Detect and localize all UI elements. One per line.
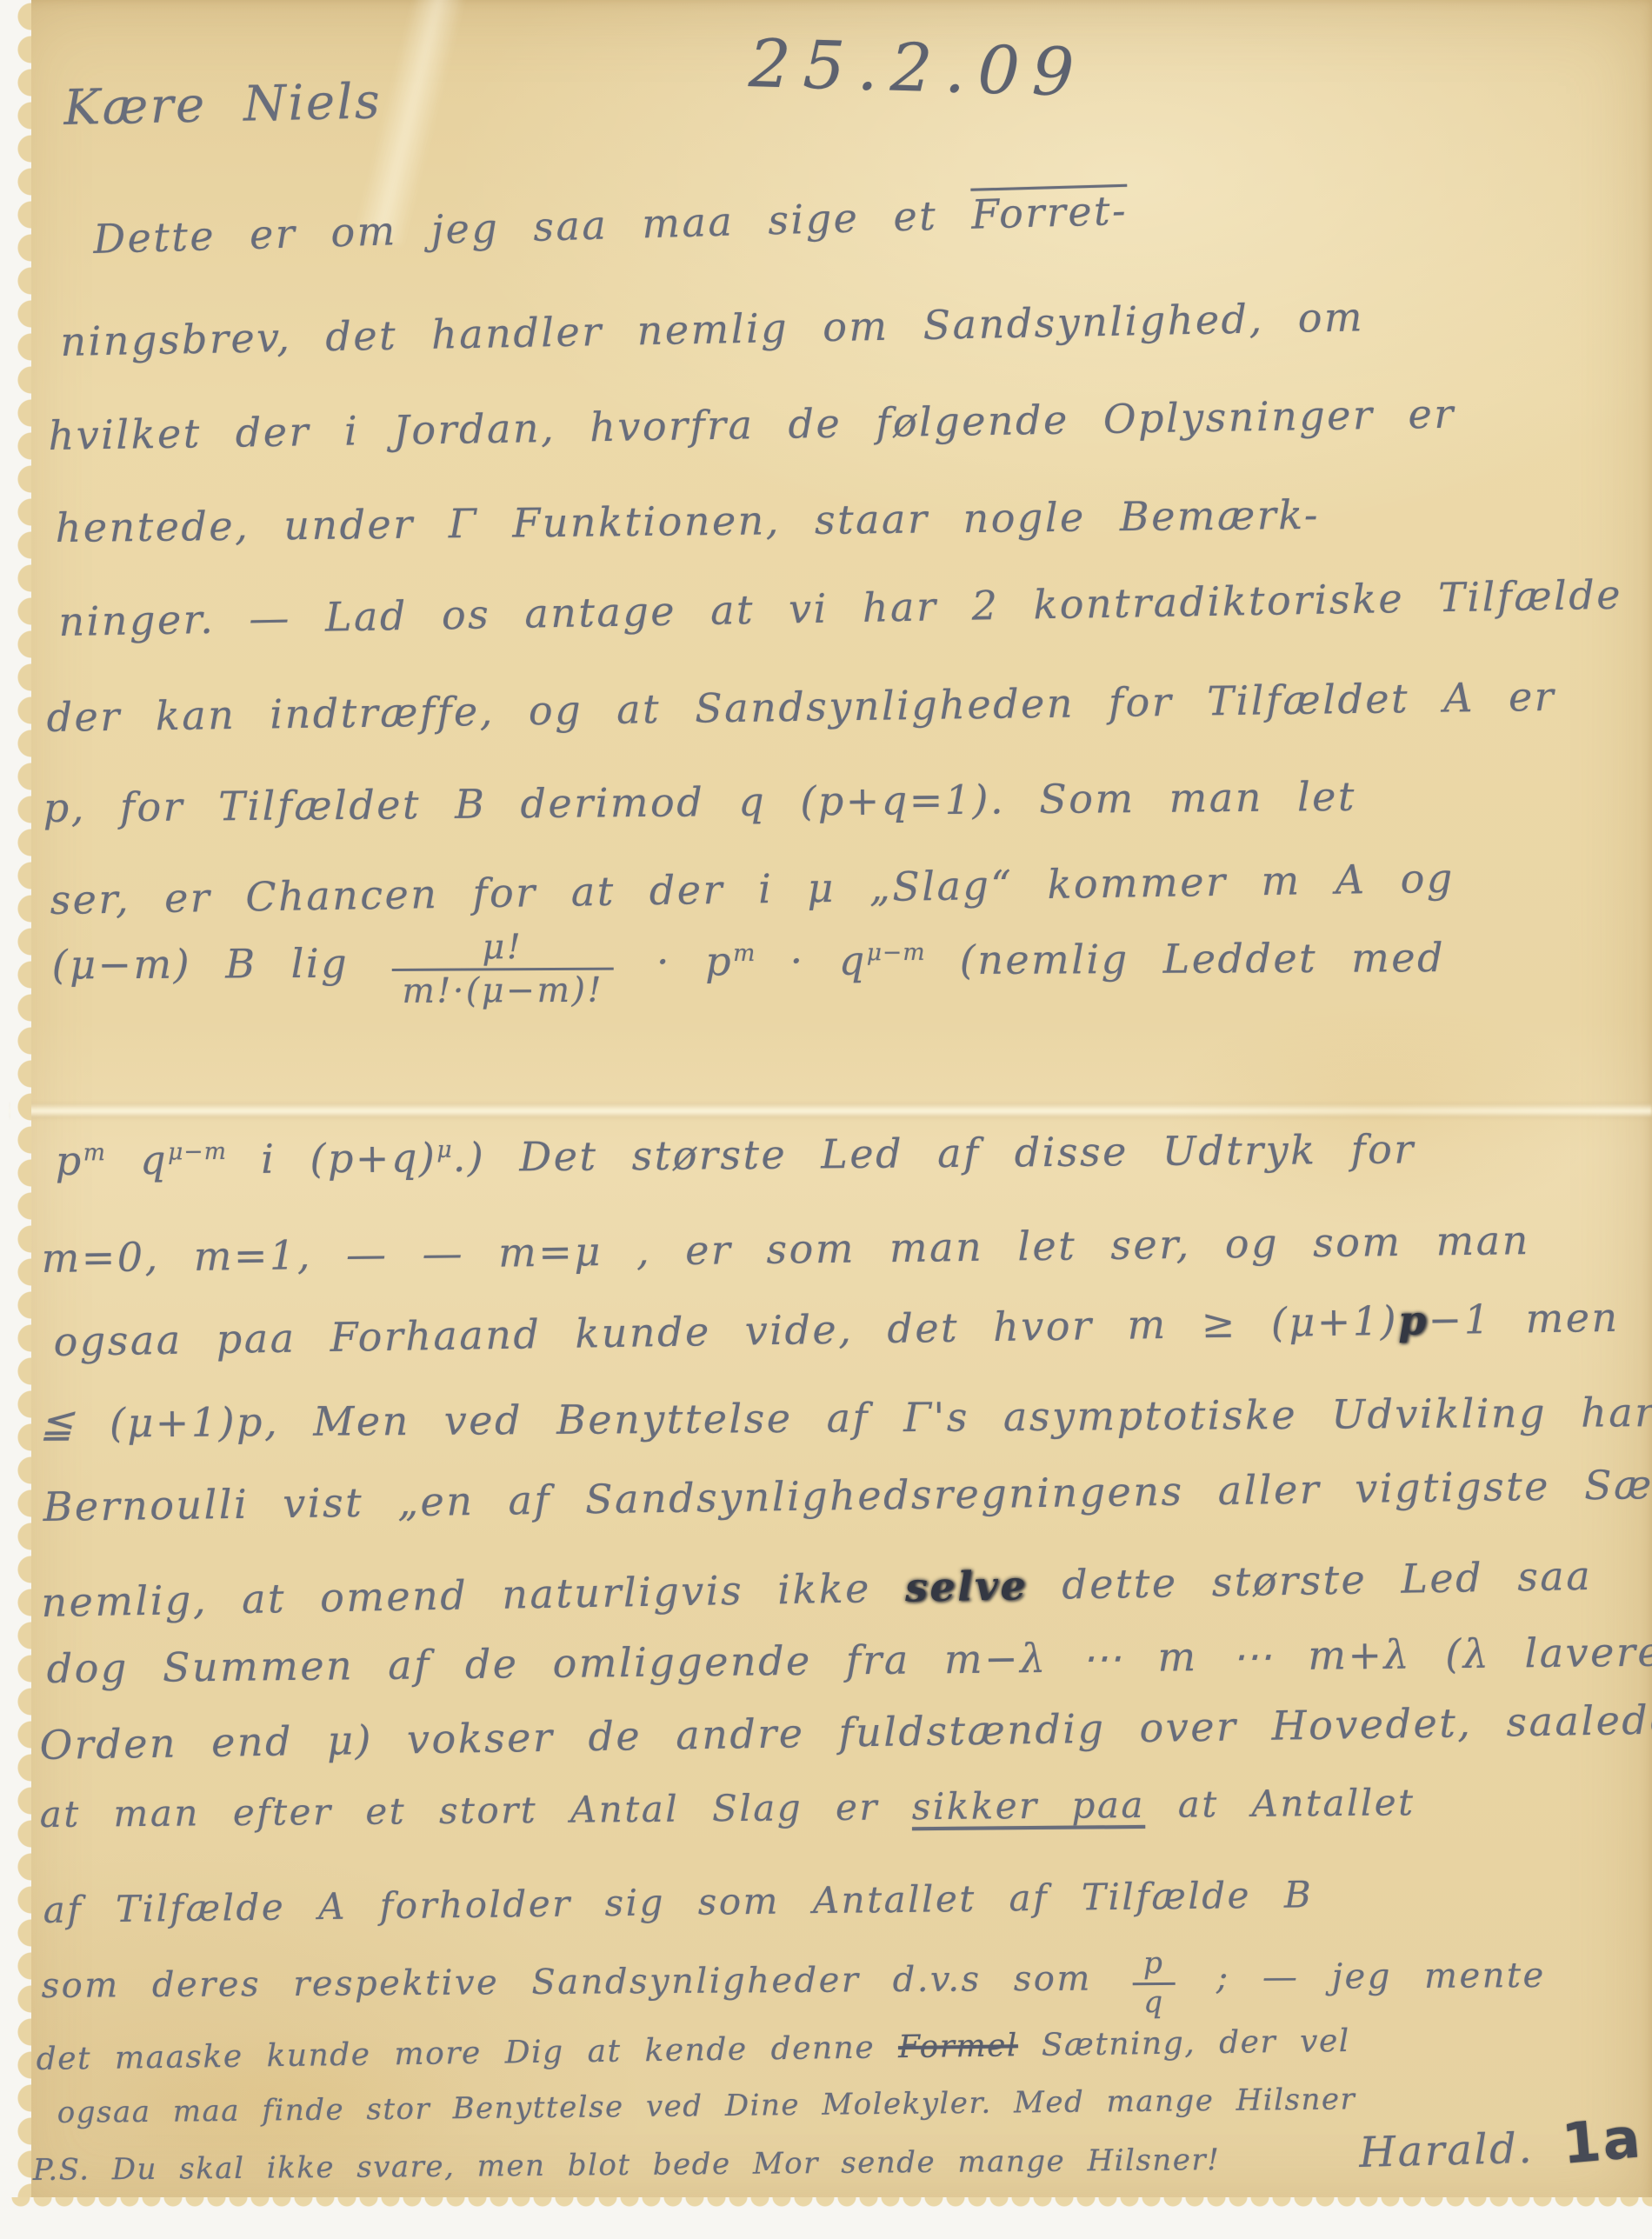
body-line-2: ningsbrev, det handler nemlig om Sandsyn… — [60, 293, 1365, 365]
body-line-3: hvilket der i Jordan, hvorfra de følgend… — [48, 390, 1455, 459]
body-line-14: Bernoulli vist „en af Sandsynlighedsregn… — [43, 1458, 1652, 1530]
body-line-12: ogsaa paa Forhaand kunde vide, det hvor … — [53, 1294, 1620, 1365]
body-line-19: af Tilfælde A forholder sig som Antallet… — [43, 1873, 1313, 1931]
body-line-5: ninger. — Lad os antage at vi har 2 kont… — [58, 571, 1622, 645]
body-line-1: Dette er om jeg saa maa sige et Forret- — [92, 187, 1128, 263]
letter-date: 25.2.09 — [748, 24, 1087, 111]
overlined-word: Forret- — [970, 187, 1128, 238]
perforated-edge-left — [10, 0, 31, 2216]
underlined-words: sikker paa — [912, 1783, 1146, 1828]
body-line-16: dog Summen af de omliggende fra m−λ ⋯ m … — [46, 1629, 1652, 1692]
letter-scan: 25.2.09 Kære Niels Dette er om jeg saa m… — [0, 0, 1652, 2239]
crossed-out-word: Formel — [898, 2028, 1018, 2065]
body-line-11: m=0, m=1, — — m=μ , er som man let ser, … — [41, 1216, 1530, 1282]
body-line-15: nemlig, at omend naturligvis ikke selve … — [41, 1552, 1593, 1626]
archive-mark: 1a — [1560, 2106, 1645, 2177]
letter-paper: 25.2.09 Kære Niels Dette er om jeg saa m… — [10, 0, 1652, 2216]
body-line-7: p, for Tilfældet B derimod q (p+q=1). So… — [43, 773, 1357, 831]
inked-over-word: p — [1398, 1296, 1429, 1344]
body-line-8: ser, er Chancen for at der i μ „Slag“ ko… — [50, 855, 1455, 923]
inked-over-word: selve — [905, 1562, 1029, 1610]
body-line-6: der kan indtræffe, og at Sandsynligheden… — [46, 673, 1555, 741]
body-line-9-formula: (μ−m) B lig μ!m!·(μ−m)! · pm · qμ−m (nem… — [52, 925, 1446, 1012]
body-line-20-formula: som deres respektive Sandsynligheder d.v… — [41, 1946, 1546, 2027]
paper-stain — [1165, 1000, 1600, 1226]
body-line-4: hentede, under Γ Funktionen, staar nogle… — [55, 491, 1320, 551]
signature: Harald. — [1359, 2124, 1535, 2177]
perforated-edge-bottom — [10, 2197, 1652, 2216]
body-line-18: at man efter et stort Antal Slag er sikk… — [40, 1781, 1416, 1836]
binomial-fraction: μ!m!·(μ−m)! — [391, 930, 614, 1010]
p-over-q-fraction: pq — [1133, 1949, 1176, 2019]
letter-greeting: Kære Niels — [63, 73, 383, 137]
body-line-17: Orden end μ) vokser de andre fuldstændig… — [39, 1696, 1652, 1769]
body-line-13: ≦ (μ+1)p, Men ved Benyttelse af Γ's asym… — [40, 1389, 1652, 1447]
